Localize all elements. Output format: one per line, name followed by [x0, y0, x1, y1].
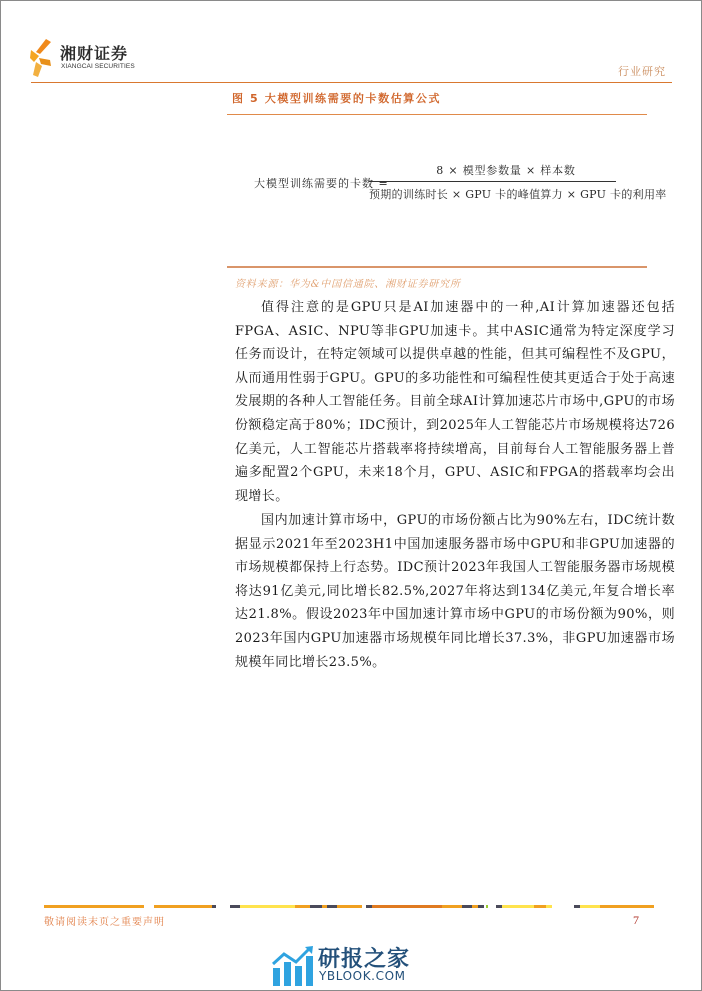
page-number: 7 — [633, 913, 639, 928]
figure-title: 图 5 大模型训练需要的卡数估算公式 — [232, 90, 441, 106]
yblook-watermark: 研报之家 YBLOOK.COM — [272, 944, 432, 986]
formula-numerator: 8 × 模型参数量 × 样本数 — [382, 162, 630, 178]
figure-bottom-divider — [227, 266, 647, 268]
bar-chart-arrow-icon — [272, 946, 314, 986]
footer-decorative-bar — [44, 904, 654, 909]
xiangcai-logo-icon — [30, 38, 52, 78]
figure-source: 资料来源：华为&中国信通院、湘财证券研究所 — [235, 275, 461, 290]
logo-text-en: XIANGCAI SECURITIES — [61, 63, 135, 70]
header-divider — [31, 82, 672, 83]
company-logo: 湘财证券 XIANGCAI SECURITIES — [30, 38, 180, 78]
section-tag: 行业研究 — [618, 63, 666, 79]
logo-text-cn: 湘财证券 — [60, 41, 128, 64]
formula-denominator: 预期的训练时长 × GPU 卡的峰值算力 × GPU 卡的利用率 — [369, 186, 631, 202]
watermark-text-en: YBLOOK.COM — [319, 969, 406, 983]
figure-title-underline — [227, 114, 647, 115]
body-paragraph-2: 国内加速计算市场中，GPU的市场份额占比为90%左右，IDC统计数据显示2021… — [235, 509, 675, 674]
paragraph-text: 值得注意的是GPU只是AI加速器中的一种,AI计算加速器还包括FPGA、ASIC… — [235, 296, 675, 508]
disclaimer-note: 敬请阅读末页之重要声明 — [44, 913, 165, 928]
formula-fraction-bar — [369, 181, 616, 182]
body-paragraph-1: 值得注意的是GPU只是AI加速器中的一种,AI计算加速器还包括FPGA、ASIC… — [235, 296, 675, 508]
paragraph-text: 国内加速计算市场中，GPU的市场份额占比为90%左右，IDC统计数据显示2021… — [235, 509, 675, 674]
